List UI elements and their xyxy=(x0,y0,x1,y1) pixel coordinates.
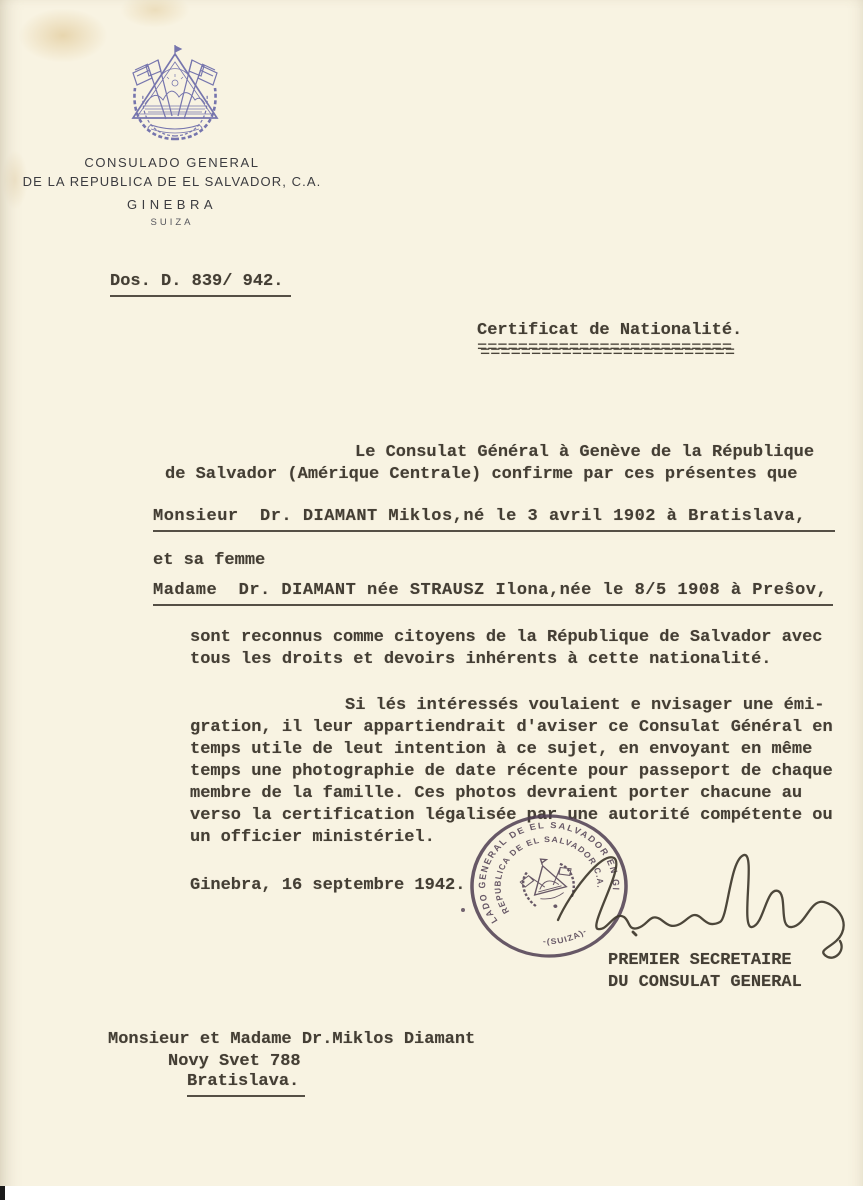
certificate-title: Certificat de Nationalité. xyxy=(477,321,742,341)
recognition-line-2: tous les droits et devoirs inhérents à c… xyxy=(190,650,772,670)
paper-stain xyxy=(18,8,108,63)
emigration-line-7: un officier ministériel. xyxy=(190,828,435,848)
madame-line: Madame Dr. DIAMANT née STRAUSZ Ilona,née… xyxy=(153,581,833,606)
letterhead-consulado: CONSULADO GENERAL xyxy=(22,155,322,170)
recipient-name-line: Monsieur et Madame Dr.Miklos Diamant xyxy=(108,1030,475,1050)
consulat-general-line: DU CONSULAT GENERAL xyxy=(608,973,802,993)
certificate-document: CONSULADO GENERAL DE LA REPUBLICA DE EL … xyxy=(0,0,863,1200)
scan-corner-mark xyxy=(0,1186,5,1200)
intro-line-2: de Salvador (Amérique Centrale) confirme… xyxy=(165,465,798,485)
emigration-line-4: temps une photographie de date récente p… xyxy=(190,762,833,782)
et-sa-femme-line: et sa femme xyxy=(153,551,265,571)
letterhead-country: SUIZA xyxy=(22,217,322,228)
letterhead-city: GINEBRA xyxy=(22,197,322,212)
scan-edge xyxy=(0,1186,863,1200)
signature-icon xyxy=(530,825,860,970)
intro-line-1: Le Consulat Général à Genève de la Répub… xyxy=(355,443,814,463)
recipient-street-line: Novy Svet 788 xyxy=(168,1052,301,1072)
docket-number: Dos. D. 839/ 942. xyxy=(110,272,291,297)
monsieur-line: Monsieur Dr. DIAMANT Miklos,né le 3 avri… xyxy=(153,507,835,532)
title-underline-rule: ========================= xyxy=(480,344,735,363)
date-line: Ginebra, 16 septembre 1942. xyxy=(190,876,465,896)
premier-secretaire-line: PREMIER SECRETAIRE xyxy=(608,951,792,971)
recipient-city-line: Bratislava. xyxy=(187,1072,305,1097)
paper-stain xyxy=(120,0,190,28)
letterhead-republica: DE LA REPUBLICA DE EL SALVADOR, C.A. xyxy=(22,174,322,189)
emigration-line-3: temps utile de leut intention à ce sujet… xyxy=(190,740,812,760)
coat-of-arms-icon xyxy=(121,42,229,144)
recognition-line-1: sont reconnus comme citoyens de la Répub… xyxy=(190,628,823,648)
emigration-line-2: gration, il leur appartiendrait d'aviser… xyxy=(190,718,833,738)
emigration-line-1: Si lés intéressés voulaient e nvisager u… xyxy=(345,696,824,716)
